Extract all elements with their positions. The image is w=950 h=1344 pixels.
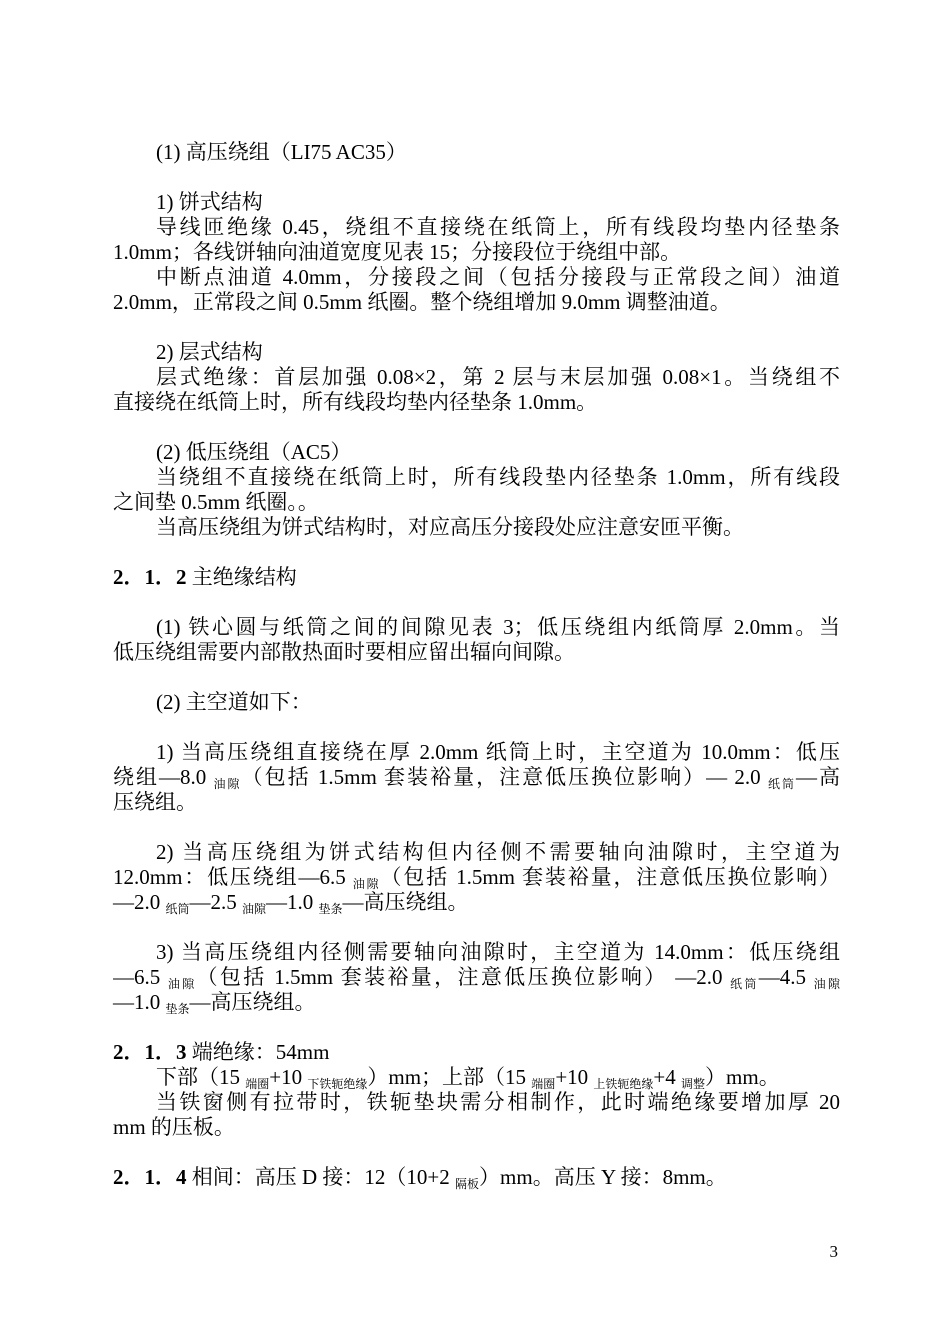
heading-number: 2．1．4 <box>113 1165 187 1189</box>
subscript-label: 纸筒 <box>730 977 759 990</box>
subscript-label: 垫条 <box>319 902 343 916</box>
text-run: 1) 当高压绕组直接绕在厚 2.0mm 纸筒上时，主空道为 10.0mm：低压 <box>156 740 840 764</box>
text-run: （包括 1.5mm 套装裕量，注意低压换位影响） —2.0 <box>197 965 731 989</box>
text-run: —高压绕组。 <box>190 990 316 1014</box>
text-line: 当铁窗侧有拉带时，铁轭垫块需分相制作，此时端绝缘要增加厚 20 <box>113 1090 840 1115</box>
text-run: —4.5 <box>759 965 814 989</box>
text-line: —1.0 垫条—高压绕组。 <box>113 990 840 1015</box>
subscript-label: 油隙 <box>168 977 197 990</box>
text-run: 之间垫 0.5mm 纸圈。。 <box>113 490 319 514</box>
text-run: (2) 主空道如下： <box>156 690 312 714</box>
blank-line <box>113 1015 840 1040</box>
text-line: 绕组—8.0 油隙（包括 1.5mm 套装裕量，注意低压换位影响）— 2.0 纸… <box>113 765 840 790</box>
text-run: 低压绕组需要内部散热面时要相应留出辐向间隙。 <box>113 640 575 664</box>
text-run: （包括 1.5mm 套装裕量，注意低压换位影响）— 2.0 <box>242 765 768 789</box>
text-run: ）mm。高压 Y 接：8mm。 <box>479 1165 727 1189</box>
text-run: +4 <box>653 1065 681 1089</box>
text-run: —高压绕组。 <box>343 890 469 914</box>
subscript-label: 油隙 <box>214 777 242 790</box>
text-line: 2) 层式结构 <box>113 340 840 365</box>
subscript-label: 纸筒 <box>166 902 190 916</box>
text-run: 端绝缘：54mm <box>187 1040 330 1064</box>
blank-line <box>113 415 840 440</box>
text-run: 2) 层式结构 <box>156 340 263 364</box>
subscript-label: 纸筒 <box>768 777 796 790</box>
blank-line <box>113 715 840 740</box>
text-run: 当铁窗侧有拉带时，铁轭垫块需分相制作，此时端绝缘要增加厚 20 <box>156 1090 840 1114</box>
text-run: —2.0 <box>113 890 166 914</box>
text-run: +10 <box>555 1065 593 1089</box>
text-line: 低压绕组需要内部散热面时要相应留出辐向间隙。 <box>113 640 840 665</box>
subscript-label: 垫条 <box>166 1002 190 1016</box>
text-line: 当绕组不直接绕在纸筒上时，所有线段垫内径垫条 1.0mm，所有线段 <box>113 465 840 490</box>
text-run: 直接绕在纸筒上时，所有线段均垫内径垫条 1.0mm。 <box>113 390 597 414</box>
text-line: 当高压绕组为饼式结构时，对应高压分接段处应注意安匝平衡。 <box>113 515 840 540</box>
text-line: 下部（15 端圈+10 下铁轭绝缘）mm；上部（15 端圈+10 上铁轭绝缘+4… <box>113 1065 840 1090</box>
blank-line <box>113 590 840 615</box>
text-run: 导线匝绝缘 0.45，绕组不直接绕在纸筒上，所有线段均垫内径垫条 <box>156 215 840 239</box>
text-line: —2.0 纸筒—2.5 油隙—1.0 垫条—高压绕组。 <box>113 890 840 915</box>
text-run: 12.0mm：低压绕组—6.5 <box>113 865 353 889</box>
text-line: (1) 铁心圆与纸筒之间的间隙见表 3；低压绕组内纸筒厚 2.0mm。当 <box>113 615 840 640</box>
text-line: (2) 低压绕组（AC5） <box>113 440 840 465</box>
text-line: 3) 当高压绕组内径侧需要轴向油隙时，主空道为 14.0mm：低压绕组 <box>113 940 840 965</box>
blank-line <box>113 315 840 340</box>
subscript-label: 隔板 <box>455 1177 479 1191</box>
text-line: 中断点油道 4.0mm，分接段之间（包括分接段与正常段之间）油道 <box>113 265 840 290</box>
text-run: —1.0 <box>266 890 319 914</box>
document-page: (1) 高压绕组（LI75 AC35）1) 饼式结构导线匝绝缘 0.45，绕组不… <box>0 0 950 1344</box>
heading-number: 2．1．3 <box>113 1040 187 1064</box>
text-line: 2) 当高压绕组为饼式结构但内径侧不需要轴向油隙时，主空道为 <box>113 840 840 865</box>
text-line: 1.0mm；各线饼轴向油道宽度见表 15；分接段位于绕组中部。 <box>113 240 840 265</box>
text-run: —高 <box>796 765 840 789</box>
text-run: mm 的压板。 <box>113 1115 235 1139</box>
subscript-label: 上铁轭绝缘 <box>593 1077 653 1091</box>
subscript-label: 端圈 <box>531 1077 555 1091</box>
text-run: 层式绝缘：首层加强 0.08×2，第 2 层与末层加强 0.08×1。当绕组不 <box>156 365 840 389</box>
text-line: 2．1．4 相间：高压 D 接：12（10+2 隔板）mm。高压 Y 接：8mm… <box>113 1165 840 1190</box>
text-run: (1) 铁心圆与纸筒之间的间隙见表 3；低压绕组内纸筒厚 2.0mm。当 <box>156 615 840 639</box>
text-run: 3) 当高压绕组内径侧需要轴向油隙时，主空道为 14.0mm：低压绕组 <box>156 940 840 964</box>
heading-number: 2．1．2 <box>113 565 187 589</box>
text-line: 直接绕在纸筒上时，所有线段均垫内径垫条 1.0mm。 <box>113 390 840 415</box>
text-run: 主绝缘结构 <box>187 565 297 589</box>
text-run: ）mm。 <box>705 1065 780 1089</box>
blank-line <box>113 815 840 840</box>
text-line: 12.0mm：低压绕组—6.5 油隙（包括 1.5mm 套装裕量，注意低压换位影… <box>113 865 840 890</box>
blank-line <box>113 1140 840 1165</box>
text-run: +10 <box>269 1065 307 1089</box>
text-line: (2) 主空道如下： <box>113 690 840 715</box>
text-run: 当绕组不直接绕在纸筒上时，所有线段垫内径垫条 1.0mm，所有线段 <box>156 465 840 489</box>
subscript-label: 调整 <box>681 1077 705 1091</box>
text-line: (1) 高压绕组（LI75 AC35） <box>113 140 840 165</box>
text-line: —6.5 油隙（包括 1.5mm 套装裕量，注意低压换位影响） —2.0 纸筒—… <box>113 965 840 990</box>
page-number: 3 <box>830 1242 839 1262</box>
subscript-label: 油隙 <box>242 902 266 916</box>
text-run: —2.5 <box>190 890 243 914</box>
subscript-label: 下铁轭绝缘 <box>307 1077 367 1091</box>
blank-line <box>113 165 840 190</box>
text-line: 压绕组。 <box>113 790 840 815</box>
text-run: 1) 饼式结构 <box>156 190 263 214</box>
text-run: 下部（15 <box>156 1065 245 1089</box>
text-run: 2.0mm，正常段之间 0.5mm 纸圈。整个绕组增加 9.0mm 调整油道。 <box>113 290 731 314</box>
text-line: 之间垫 0.5mm 纸圈。。 <box>113 490 840 515</box>
text-run: ）mm；上部（15 <box>367 1065 531 1089</box>
text-line: 层式绝缘：首层加强 0.08×2，第 2 层与末层加强 0.08×1。当绕组不 <box>113 365 840 390</box>
subscript-label: 油隙 <box>814 977 840 990</box>
blank-line <box>113 540 840 565</box>
text-run: 压绕组。 <box>113 790 197 814</box>
text-run: —6.5 <box>113 965 168 989</box>
text-run: 当高压绕组为饼式结构时，对应高压分接段处应注意安匝平衡。 <box>156 515 744 539</box>
text-run: (2) 低压绕组（AC5） <box>156 440 351 464</box>
text-run: （包括 1.5mm 套装裕量，注意低压换位影响） <box>380 865 840 889</box>
text-run: 1.0mm；各线饼轴向油道宽度见表 15；分接段位于绕组中部。 <box>113 240 681 264</box>
text-line: 2.0mm，正常段之间 0.5mm 纸圈。整个绕组增加 9.0mm 调整油道。 <box>113 290 840 315</box>
text-line: 2．1．2 主绝缘结构 <box>113 565 840 590</box>
text-line: 2．1．3 端绝缘：54mm <box>113 1040 840 1065</box>
text-run: 绕组—8.0 <box>113 765 214 789</box>
text-run: 2) 当高压绕组为饼式结构但内径侧不需要轴向油隙时，主空道为 <box>156 840 840 864</box>
text-line: 1) 当高压绕组直接绕在厚 2.0mm 纸筒上时，主空道为 10.0mm：低压 <box>113 740 840 765</box>
subscript-label: 端圈 <box>245 1077 269 1091</box>
text-line: 1) 饼式结构 <box>113 190 840 215</box>
text-run: 中断点油道 4.0mm，分接段之间（包括分接段与正常段之间）油道 <box>156 265 840 289</box>
blank-line <box>113 665 840 690</box>
text-line: mm 的压板。 <box>113 1115 840 1140</box>
text-line: 导线匝绝缘 0.45，绕组不直接绕在纸筒上，所有线段均垫内径垫条 <box>113 215 840 240</box>
document-content: (1) 高压绕组（LI75 AC35）1) 饼式结构导线匝绝缘 0.45，绕组不… <box>113 140 840 1190</box>
text-run: 相间：高压 D 接：12（10+2 <box>187 1165 456 1189</box>
blank-line <box>113 915 840 940</box>
text-run: —1.0 <box>113 990 166 1014</box>
subscript-label: 油隙 <box>353 877 381 890</box>
text-run: (1) 高压绕组（LI75 AC35） <box>156 140 407 164</box>
